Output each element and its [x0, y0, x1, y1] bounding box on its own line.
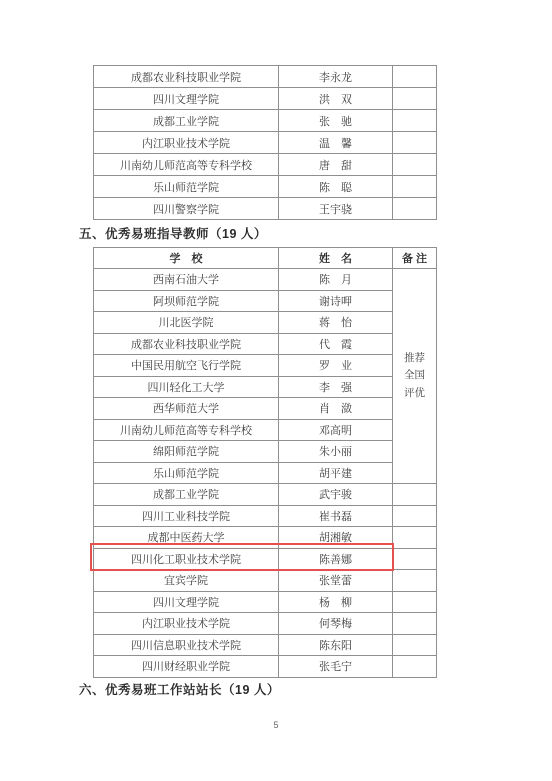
school-cell: 四川信息职业技术学院 [94, 634, 279, 656]
school-cell: 四川化工职业技术学院 [94, 548, 279, 570]
remark-cell [393, 88, 437, 110]
name-cell: 邓高明 [279, 419, 393, 441]
school-cell: 乐山师范学院 [94, 462, 279, 484]
table-row: 成都中医药大学 胡湘敏 [94, 527, 437, 549]
school-cell: 川南幼儿师范高等专科学校 [94, 419, 279, 441]
table-row: 四川信息职业技术学院 陈东阳 [94, 634, 437, 656]
table-row: 西南石油大学 陈 月 推荐全国评优 [94, 269, 437, 291]
name-header-cell: 姓 名 [279, 248, 393, 269]
remark-cell [393, 505, 437, 527]
name-cell: 王宇骁 [279, 198, 393, 220]
page-number: 5 [0, 720, 552, 730]
table-row: 绵阳师范学院 朱小丽 [94, 441, 437, 463]
document-page: 成都农业科技职业学院 李永龙 四川文理学院 洪 双 成都工业学院 张 驰 内江职… [0, 0, 552, 781]
school-cell: 成都中医药大学 [94, 527, 279, 549]
school-cell: 成都农业科技职业学院 [94, 333, 279, 355]
school-cell: 绵阳师范学院 [94, 441, 279, 463]
school-cell: 四川文理学院 [94, 88, 279, 110]
table-header-row: 学 校 姓 名 备 注 [94, 248, 437, 269]
remark-cell [393, 198, 437, 220]
remark-cell [393, 613, 437, 635]
name-cell: 陈 月 [279, 269, 393, 291]
table-row: 成都工业学院 张 驰 [94, 110, 437, 132]
remark-merged-cell: 推荐全国评优 [393, 269, 437, 484]
name-cell: 肖 潋 [279, 398, 393, 420]
school-cell: 成都工业学院 [94, 484, 279, 506]
table-row: 四川工业科技学院 崔书磊 [94, 505, 437, 527]
table-row: 乐山师范学院 胡平建 [94, 462, 437, 484]
remark-cell [393, 591, 437, 613]
school-cell: 四川警察学院 [94, 198, 279, 220]
school-cell: 西南石油大学 [94, 269, 279, 291]
section-5-heading: 五、优秀易班指导教师（19 人） [79, 224, 267, 242]
table-row: 阿坝师范学院 谢诗呷 [94, 290, 437, 312]
remark-cell [393, 570, 437, 592]
name-cell: 温 馨 [279, 132, 393, 154]
remark-cell [393, 634, 437, 656]
remark-cell [393, 154, 437, 176]
name-cell: 唐 甜 [279, 154, 393, 176]
table-row: 四川轻化工大学 李 强 [94, 376, 437, 398]
table-row: 川北医学院 蒋 怡 [94, 312, 437, 334]
table-row: 西华师范大学 肖 潋 [94, 398, 437, 420]
name-cell: 杨 柳 [279, 591, 393, 613]
table-row: 中国民用航空飞行学院 罗 业 [94, 355, 437, 377]
name-cell: 李 强 [279, 376, 393, 398]
name-cell: 罗 业 [279, 355, 393, 377]
name-cell: 何琴梅 [279, 613, 393, 635]
name-cell: 李永龙 [279, 66, 393, 88]
remark-cell [393, 176, 437, 198]
school-cell: 阿坝师范学院 [94, 290, 279, 312]
school-cell: 西华师范大学 [94, 398, 279, 420]
remark-cell [393, 132, 437, 154]
school-cell: 川南幼儿师范高等专科学校 [94, 154, 279, 176]
school-cell: 内江职业技术学院 [94, 613, 279, 635]
table-row: 宜宾学院 张堂蕾 [94, 570, 437, 592]
school-cell: 四川财经职业学院 [94, 656, 279, 678]
award-table-section5: 学 校 姓 名 备 注 西南石油大学 陈 月 推荐全国评优 阿坝师范学院 谢诗呷… [93, 247, 437, 678]
table-row: 成都农业科技职业学院 李永龙 [94, 66, 437, 88]
remark-cell [393, 66, 437, 88]
table-row-highlighted: 四川化工职业技术学院 陈善娜 [94, 548, 437, 570]
name-cell: 张 驰 [279, 110, 393, 132]
school-cell: 四川工业科技学院 [94, 505, 279, 527]
section-6-heading: 六、优秀易班工作站站长（19 人） [79, 680, 280, 698]
table-row: 川南幼儿师范高等专科学校 唐 甜 [94, 154, 437, 176]
school-cell: 成都农业科技职业学院 [94, 66, 279, 88]
school-cell: 中国民用航空飞行学院 [94, 355, 279, 377]
school-cell: 宜宾学院 [94, 570, 279, 592]
remark-note: 推荐全国评优 [403, 350, 427, 402]
remark-cell [393, 484, 437, 506]
name-cell: 崔书磊 [279, 505, 393, 527]
remark-cell [393, 548, 437, 570]
remark-header-cell: 备 注 [393, 248, 437, 269]
school-cell: 川北医学院 [94, 312, 279, 334]
name-cell: 张堂蕾 [279, 570, 393, 592]
name-cell: 武宇骏 [279, 484, 393, 506]
school-cell: 四川文理学院 [94, 591, 279, 613]
table-row: 成都工业学院 武宇骏 [94, 484, 437, 506]
name-cell: 蒋 怡 [279, 312, 393, 334]
table-row: 四川文理学院 杨 柳 [94, 591, 437, 613]
name-cell: 陈 聪 [279, 176, 393, 198]
table-row: 乐山师范学院 陈 聪 [94, 176, 437, 198]
table-row: 内江职业技术学院 何琴梅 [94, 613, 437, 635]
remark-cell [393, 527, 437, 549]
name-cell: 陈东阳 [279, 634, 393, 656]
name-cell: 胡湘敏 [279, 527, 393, 549]
table-row: 川南幼儿师范高等专科学校 邓高明 [94, 419, 437, 441]
name-cell: 张毛宁 [279, 656, 393, 678]
school-cell: 四川轻化工大学 [94, 376, 279, 398]
name-cell: 陈善娜 [279, 548, 393, 570]
name-cell: 胡平建 [279, 462, 393, 484]
table-row: 四川财经职业学院 张毛宁 [94, 656, 437, 678]
table-row: 内江职业技术学院 温 馨 [94, 132, 437, 154]
school-cell: 成都工业学院 [94, 110, 279, 132]
name-cell: 谢诗呷 [279, 290, 393, 312]
table-row: 四川警察学院 王宇骁 [94, 198, 437, 220]
school-cell: 内江职业技术学院 [94, 132, 279, 154]
table-row: 四川文理学院 洪 双 [94, 88, 437, 110]
name-cell: 洪 双 [279, 88, 393, 110]
remark-cell [393, 656, 437, 678]
name-cell: 代 霞 [279, 333, 393, 355]
award-table-continued: 成都农业科技职业学院 李永龙 四川文理学院 洪 双 成都工业学院 张 驰 内江职… [93, 65, 437, 220]
school-cell: 乐山师范学院 [94, 176, 279, 198]
remark-cell [393, 110, 437, 132]
school-header-cell: 学 校 [94, 248, 279, 269]
name-cell: 朱小丽 [279, 441, 393, 463]
table-row: 成都农业科技职业学院 代 霞 [94, 333, 437, 355]
